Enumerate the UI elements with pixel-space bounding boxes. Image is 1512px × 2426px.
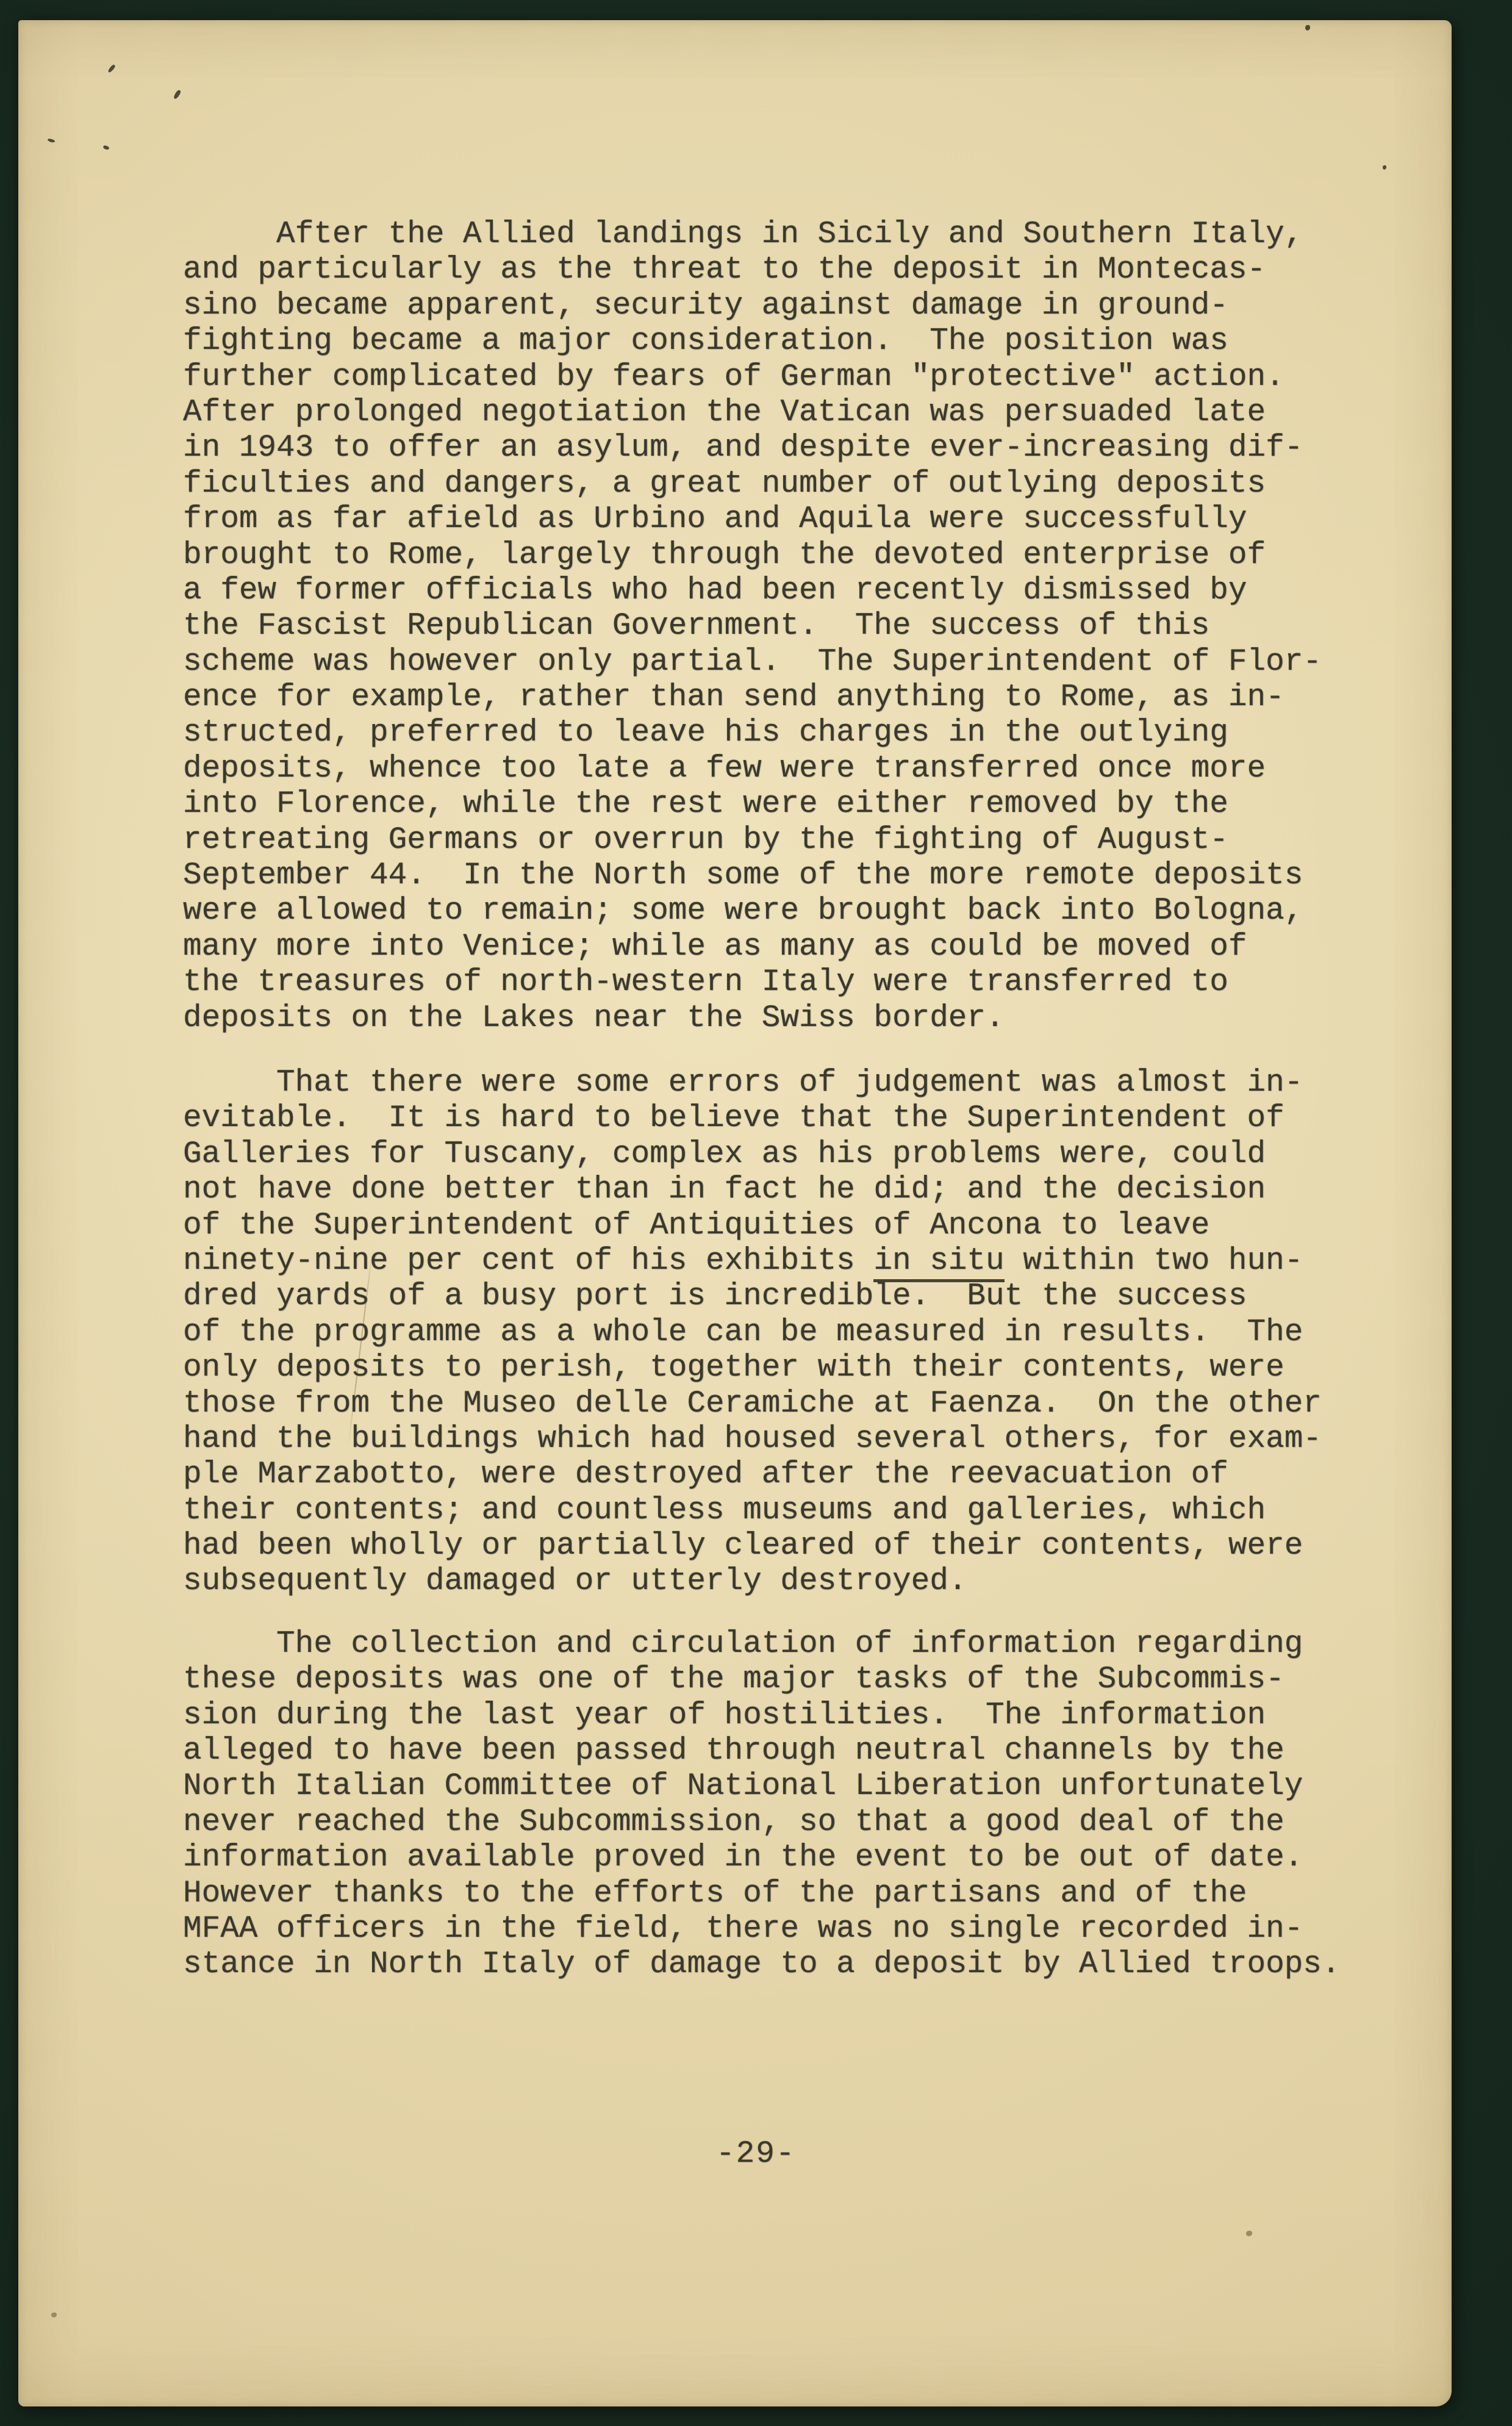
text-line: deposits, whence too late a few were tra… — [183, 752, 1366, 787]
ink-speck — [48, 138, 56, 143]
underlined-phrase: in situ — [873, 1244, 1004, 1282]
text-line: alleged to have been passed through neut… — [183, 1734, 1366, 1769]
text-line: Galleries for Tuscany, complex as his pr… — [183, 1137, 1366, 1172]
text-segment: within two hun- — [1005, 1244, 1303, 1279]
text-line: subsequently damaged or utterly destroye… — [183, 1564, 1366, 1599]
text-line: and particularly as the threat to the de… — [183, 253, 1366, 288]
text-line: never reached the Subcommission, so that… — [183, 1805, 1366, 1840]
text-line: these deposits was one of the major task… — [183, 1662, 1366, 1698]
text-line: ficulties and dangers, a great number of… — [183, 467, 1366, 502]
text-line: into Florence, while the rest were eithe… — [183, 787, 1366, 822]
text-line: those from the Museo delle Ceramiche at … — [183, 1387, 1366, 1422]
text-line: retreating Germans or overrun by the fig… — [183, 823, 1366, 858]
text-line: deposits on the Lakes near the Swiss bor… — [183, 1001, 1366, 1036]
text-line: hand the buildings which had housed seve… — [183, 1422, 1366, 1457]
ink-speck — [1383, 165, 1386, 170]
text-line: from as far afield as Urbino and Aquila … — [183, 502, 1366, 537]
text-line: the Fascist Republican Government. The s… — [183, 609, 1366, 644]
text-line: their contents; and countless museums an… — [183, 1493, 1366, 1529]
paper-fleck — [51, 2313, 57, 2317]
text-line: September 44. In the North some of the m… — [183, 858, 1366, 894]
text-line: ple Marzabotto, were destroyed after the… — [183, 1457, 1366, 1493]
paragraph-3: The collection and circulation of inform… — [183, 1627, 1366, 1983]
text-line: That there were some errors of judgement… — [183, 1066, 1366, 1101]
text-line: dred yards of a busy port is incredible.… — [183, 1279, 1366, 1315]
text-line: scheme was however only partial. The Sup… — [183, 645, 1366, 680]
text-line: many more into Venice; while as many as … — [183, 930, 1366, 965]
text-line: After the Allied landings in Sicily and … — [183, 217, 1366, 253]
text-line: only deposits to perish, together with t… — [183, 1351, 1366, 1386]
text-line: stance in North Italy of damage to a dep… — [183, 1947, 1366, 1983]
text-line: MFAA officers in the field, there was no… — [183, 1912, 1366, 1947]
paragraph-2: That there were some errors of judgement… — [183, 1066, 1366, 1600]
text-line: further complicated by fears of German "… — [183, 360, 1366, 395]
text-line: evitable. It is hard to believe that the… — [183, 1101, 1366, 1136]
text-segment: ninety-nine per cent of his exhibits — [183, 1244, 873, 1279]
text-line: After prolonged negotiation the Vatican … — [183, 395, 1366, 431]
ink-speck — [173, 89, 181, 99]
text-line: sion during the last year of hostilities… — [183, 1698, 1366, 1734]
text-line: of the programme as a whole can be measu… — [183, 1315, 1366, 1351]
text-line: not have done better than in fact he did… — [183, 1172, 1366, 1208]
text-line: information available proved in the even… — [183, 1840, 1366, 1876]
ink-speck — [107, 64, 116, 74]
text-line: in 1943 to offer an asylum, and despite … — [183, 431, 1366, 466]
text-line: sino became apparent, security against d… — [183, 289, 1366, 324]
paragraph-1: After the Allied landings in Sicily and … — [183, 217, 1366, 1036]
text-line: brought to Rome, largely through the dev… — [183, 538, 1366, 573]
ink-speck — [1305, 25, 1310, 31]
text-line: ence for example, rather than send anyth… — [183, 680, 1366, 716]
text-line: of the Superintendent of Antiquities of … — [183, 1208, 1366, 1244]
scanned-document-page: After the Allied landings in Sicily and … — [0, 0, 1512, 2426]
text-line-with-underline: ninety-nine per cent of his exhibits in … — [183, 1244, 1366, 1279]
text-line: the treasures of north-western Italy wer… — [183, 965, 1366, 1000]
paper-sheet: After the Allied landings in Sicily and … — [18, 20, 1452, 2406]
text-line: had been wholly or partially cleared of … — [183, 1529, 1366, 1564]
text-line: North Italian Committee of National Libe… — [183, 1769, 1366, 1804]
page-number: -29- — [183, 2137, 1366, 2172]
text-line: a few former officials who had been rece… — [183, 573, 1366, 609]
text-line: fighting became a major consideration. T… — [183, 324, 1366, 359]
typewritten-text: After the Allied landings in Sicily and … — [183, 217, 1366, 2172]
ink-speck — [102, 145, 110, 151]
text-line: structed, preferred to leave his charges… — [183, 716, 1366, 751]
text-line: were allowed to remain; some were brough… — [183, 894, 1366, 929]
text-line: However thanks to the efforts of the par… — [183, 1876, 1366, 1912]
text-line: The collection and circulation of inform… — [183, 1627, 1366, 1662]
paper-fleck — [1246, 2231, 1252, 2236]
